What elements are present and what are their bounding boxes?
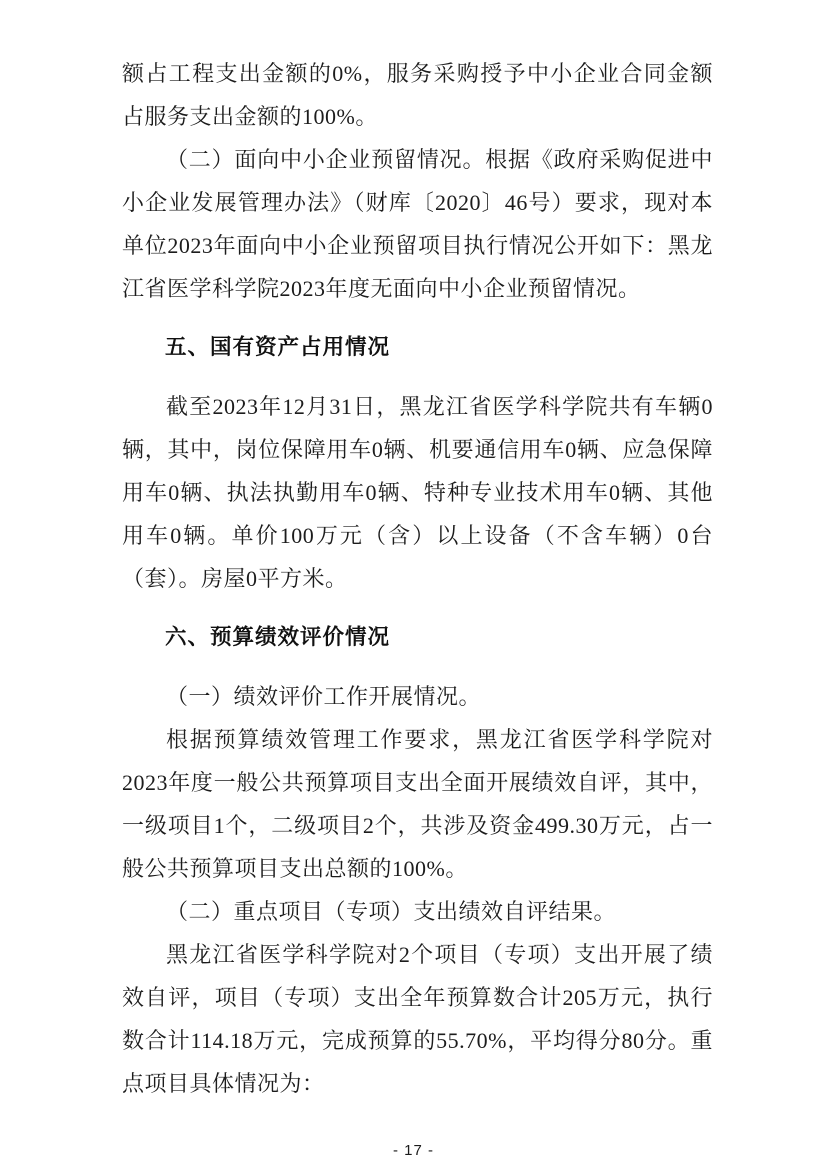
subheading-evaluation-work: （一）绩效评价工作开展情况。: [122, 675, 713, 718]
section-heading-performance-evaluation: 六、预算绩效评价情况: [122, 616, 713, 659]
paragraph-sme-reserve: （二）面向中小企业预留情况。根据《政府采购促进中小企业发展管理办法》（财库〔20…: [122, 138, 713, 310]
document-body: 额占工程支出金额的0%，服务采购授予中小企业合同金额占服务支出金额的100%。 …: [122, 52, 713, 1105]
paragraph-procurement-continuation: 额占工程支出金额的0%，服务采购授予中小企业合同金额占服务支出金额的100%。: [122, 52, 713, 138]
paragraph-state-assets: 截至2023年12月31日，黑龙江省医学科学院共有车辆0辆，其中，岗位保障用车0…: [122, 385, 713, 600]
document-page: 额占工程支出金额的0%，服务采购授予中小企业合同金额占服务支出金额的100%。 …: [0, 0, 827, 1170]
paragraph-self-evaluation-overview: 根据预算绩效管理工作要求，黑龙江省医学科学院对2023年度一般公共预算项目支出全…: [122, 718, 713, 890]
page-number: - 17 -: [0, 1142, 827, 1159]
section-heading-state-assets: 五、国有资产占用情况: [122, 326, 713, 369]
paragraph-key-project-details: 黑龙江省医学科学院对2个项目（专项）支出开展了绩效自评，项目（专项）支出全年预算…: [122, 933, 713, 1105]
subheading-key-project-results: （二）重点项目（专项）支出绩效自评结果。: [122, 890, 713, 933]
